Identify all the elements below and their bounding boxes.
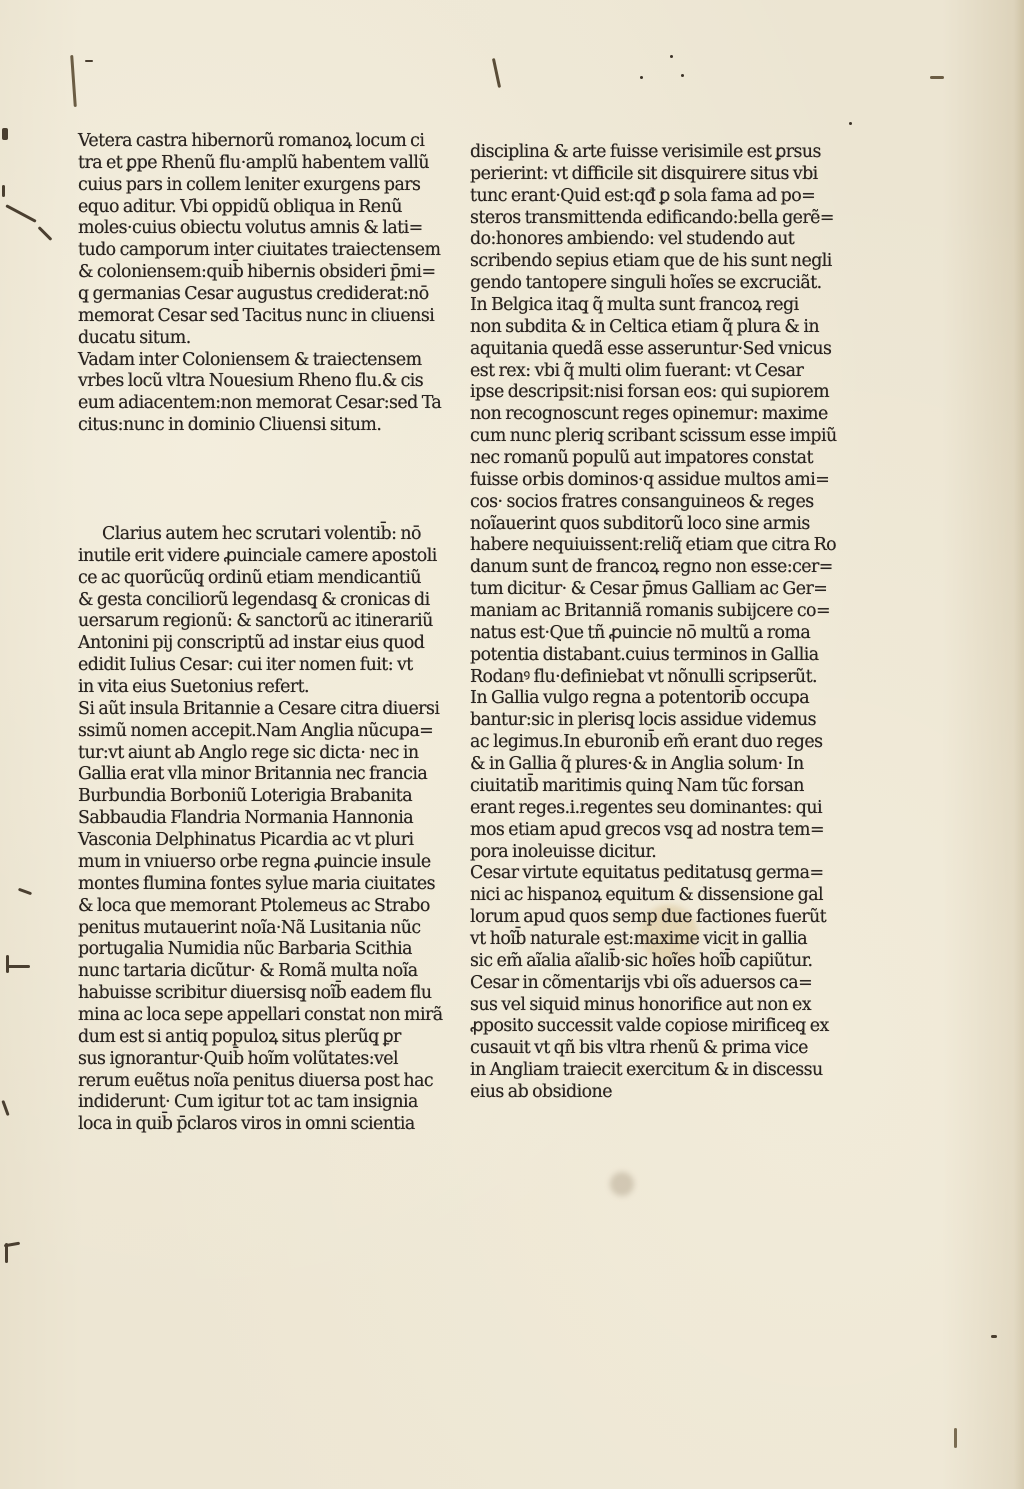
text-line: mos etiam apud grecos vsq̧ ad nostra tem… (470, 820, 818, 842)
margin-squiggle-left-2 (38, 226, 53, 241)
text-line: sus vel siquid minus honorifice aut non … (470, 995, 818, 1017)
text-line: portugalia Numidia nũc Barbaria Scithia (78, 939, 448, 961)
text-line: tudo camporum inter ciuitates traiectens… (78, 240, 448, 262)
text-line: loca in quib̄ p̄claros viros in omni sci… (78, 1114, 448, 1136)
text-line: pora inoleuisse dicitur. (470, 842, 818, 864)
text-line: mina ac loca sepe appellari constat non … (78, 1005, 448, 1027)
margin-mark-bottom-right (991, 1335, 997, 1338)
text-line: danum sunt de francoꝝ regno non esse:cer… (470, 557, 818, 579)
text-line: indiderunt· Cum igitur tot ac tam insign… (78, 1092, 448, 1114)
margin-squiggle-left (5, 204, 36, 223)
text-line: nec romanũ populũ aut impatores constat (470, 448, 818, 470)
text-line: scribendo sepius etiam que de his sunt n… (470, 251, 818, 273)
text-line: do:honores ambiendo: vel studendo aut (470, 229, 818, 251)
text-line: & in Gallia q̃ plures·& in Anglia solum·… (470, 754, 818, 776)
book-page: Vetera castra hibernorũ romanoꝝ locum ci… (0, 0, 1024, 1489)
paragraph-clarius: Clarius autem hec scrutari volentib̄: nō… (78, 524, 448, 699)
text-line: ciuitatib̄ maritimis quinq̧ Nam tũc fors… (470, 776, 818, 798)
margin-mark-top-left (70, 55, 77, 107)
text-line: eius ab obsidione (470, 1082, 818, 1104)
text-line: natus est·Que tñ ꝓuincie nō multũ a roma (470, 623, 818, 645)
text-line: vrbes locũ vltra Nouesium Rheno flu.& ci… (78, 371, 448, 393)
paragraph-in-belgica: In Belgica itaq̧ q̃ multa sunt francoꝝ r… (470, 295, 818, 688)
margin-mark-top-right (930, 76, 944, 79)
text-line: habere nequiuissent:reliq̃ etiam que cit… (470, 535, 818, 557)
text-line: lorum apud quos semp due factiones fuerũ… (470, 907, 818, 929)
text-line: non recognoscunt reges opinemur: maxime (470, 404, 818, 426)
text-line: memorat Cesar sed Tacitus nunc in cliuen… (78, 306, 448, 328)
margin-mark-top-center (492, 58, 501, 88)
text-line: Sabbaudia Flandria Normania Hannonia (78, 808, 448, 830)
margin-dot (640, 76, 643, 79)
text-line: noĩauerint quos subditorũ loco sine armi… (470, 514, 818, 536)
margin-dash (85, 60, 93, 62)
text-line: & gesta conciliorũ legendasq̧ & cronicas… (78, 590, 448, 612)
text-line: cuius pars in collem leniter exurgens pa… (78, 175, 448, 197)
text-line: In Gallia vulgo regna a potentorib̄ occu… (470, 688, 818, 710)
margin-dot (670, 55, 673, 58)
margin-tick-left (2, 128, 8, 140)
text-line: disciplina & arte fuisse verisimile est … (470, 142, 818, 164)
text-line: & coloniensem:quib̄ hibernis obsideri p̄… (78, 262, 448, 284)
text-line: eum adiacentem:non memorat Cesar:sed Ta (78, 393, 448, 415)
text-line: & loca que memorant Ptolemeus ac Strabo (78, 896, 448, 918)
text-line: vt hoĩb̄ naturale est:maxime vicit in ga… (470, 929, 818, 951)
text-line: Vetera castra hibernorũ romanoꝝ locum ci (78, 131, 448, 153)
text-line: Cesar virtute equitatus peditatusq̧ germ… (470, 863, 818, 885)
text-line: Clarius autem hec scrutari volentib̄: nō (78, 524, 448, 546)
text-line: bantur:sic in plerisq̧ locis assidue vid… (470, 710, 818, 732)
left-text-column: Vetera castra hibernorũ romanoꝝ locum ci… (78, 131, 448, 1136)
text-line: Cesar in cõmentarijs vbi oĩs aduersos ca… (470, 973, 818, 995)
margin-dot (681, 74, 684, 77)
text-line: Gallia erat vlla minor Britannia nec fra… (78, 764, 448, 786)
text-line: tunc erant·Quid est:qđ ꝑ sola fama ad po… (470, 186, 818, 208)
margin-mark-left (6, 955, 9, 973)
margin-tick-left (2, 185, 5, 197)
margin-dot (849, 122, 852, 125)
right-text-column: disciplina & arte fuisse verisimile est … (470, 142, 818, 1104)
text-line: inutile erit videre ꝓuinciale camere apo… (78, 546, 448, 568)
text-line: habuisse scribitur diuersisq̧ noĩb̄ eade… (78, 983, 448, 1005)
margin-mark-bottom-right (954, 1428, 957, 1448)
paragraph-cesar-virtute: Cesar virtute equitatus peditatusq̧ germ… (470, 863, 818, 1103)
text-line: tur:vt aiunt ab Anglo rege sic dicta· ne… (78, 743, 448, 765)
text-line: ac legimus.In eburonib̄ em̃ erant duo re… (470, 732, 818, 754)
text-line: erant reges.i.regentes seu dominantes: q… (470, 798, 818, 820)
text-line: dum est si antiq populoꝝ situs plerũq̧ ꝑ… (78, 1027, 448, 1049)
text-line: citus:nunc in dominio Cliuensi situm. (78, 415, 448, 437)
text-line: Rodanꝰ flu·definiebat vt nõnulli scripse… (470, 667, 818, 689)
text-line: cusauit vt qñ bis vltra rhenũ & prima vi… (470, 1038, 818, 1060)
text-line: cos· socios fratres consanguineos & rege… (470, 492, 818, 514)
text-line: montes flumina fontes sylue maria ciuita… (78, 874, 448, 896)
text-line: cum nunc pleriq̧ scribant scissum esse i… (470, 426, 818, 448)
text-line: ducatu situm. (78, 328, 448, 350)
text-line: rerum euẽtus noĩa penitus diuersa post h… (78, 1071, 448, 1093)
margin-mark-left (6, 965, 30, 968)
text-line: mum in vniuerso orbe regna ꝓuincie insul… (78, 852, 448, 874)
text-line: In Belgica itaq̧ q̃ multa sunt francoꝝ r… (470, 295, 818, 317)
text-line: Vadam inter Coloniensem & traiectensem (78, 350, 448, 372)
text-line: ipse descripsit:nisi forsan eos: qui sup… (470, 382, 818, 404)
text-line: gendo tantopere singuli hoĩes se excruci… (470, 273, 818, 295)
text-line: non subdita & in Celtica etiam q̃ plura … (470, 317, 818, 339)
text-line: tra et ꝑpe Rhenũ flu·amplũ habentem vall… (78, 153, 448, 175)
paragraph-gap (78, 437, 448, 524)
text-line: Antonini pij conscriptũ ad instar eius q… (78, 633, 448, 655)
text-line: edidit Iulius Cesar: cui iter nomen fuit… (78, 655, 448, 677)
margin-tick-left (1, 1100, 9, 1116)
paragraph-in-gallia: In Gallia vulgo regna a potentorib̄ occu… (470, 688, 818, 863)
text-line: perierint: vt difficile sit disquirere s… (470, 164, 818, 186)
text-line: potentia distabant.cuius terminos in Gal… (470, 645, 818, 667)
text-line: nunc tartaria dicũtur· & Romã multa noĩa (78, 961, 448, 983)
foxing-stain-small (610, 1172, 634, 1196)
text-line: aquitania quedã esse asseruntur·Sed vnic… (470, 339, 818, 361)
margin-tick-left (18, 888, 32, 896)
text-line: in Angliam traiecit exercitum & in disce… (470, 1060, 818, 1082)
text-line: tum dicitur· & Cesar p̄mus Galliam ac Ge… (470, 579, 818, 601)
text-line: in vita eius Suetonius refert. (78, 677, 448, 699)
text-line: steros transmittenda edificando:bella ge… (470, 208, 818, 230)
paragraph-disciplina: disciplina & arte fuisse verisimile est … (470, 142, 818, 295)
text-line: uersarum regionũ: & sanctorũ ac itinerar… (78, 611, 448, 633)
text-line: q̧ germanias Cesar augustus crediderat:n… (78, 284, 448, 306)
text-line: fuisse orbis dominos·q assidue multos am… (470, 470, 818, 492)
text-line: ce ac quorũcũq̧ ordinũ etiam mendicantiũ (78, 568, 448, 590)
text-line: Burbundia Borboniũ Loterigia Brabanita (78, 786, 448, 808)
paragraph-vadam: Vadam inter Coloniensem & traiectensem v… (78, 350, 448, 437)
text-line: Vasconia Delphinatus Picardia ac vt plur… (78, 830, 448, 852)
text-line: ꝓposito successit valde copiose mirifice… (470, 1016, 818, 1038)
paragraph-vetera-castra: Vetera castra hibernorũ romanoꝝ locum ci… (78, 131, 448, 350)
text-line: nici ac hispanoꝝ equitum & dissensione g… (470, 885, 818, 907)
text-line: sus ignorantur·Quib̄ hoĩm volũtates:vel (78, 1049, 448, 1071)
text-line: maniam ac Britanniã romanis subijcere co… (470, 601, 818, 623)
text-line: sic em̃ aĩalia aĩalib̄·sic hoĩes hoĩb̄ c… (470, 951, 818, 973)
text-line: penitus mutauerint noĩa·Nã Lusitania nũc (78, 918, 448, 940)
text-line: equo aditur. Vbi oppidũ obliqua in Renũ (78, 197, 448, 219)
text-line: Si aũt insula Britannie a Cesare citra d… (78, 699, 448, 721)
paragraph-si-aut-insula: Si aũt insula Britannie a Cesare citra d… (78, 699, 448, 1136)
text-line: est rex: vbi q̃ multi olim fuerant: vt C… (470, 361, 818, 383)
margin-mark-left (5, 1243, 8, 1263)
text-line: ssimũ nomen accepit.Nam Anglia nũcupa= (78, 721, 448, 743)
text-line: moles·cuius obiectu volutus amnis & lati… (78, 218, 448, 240)
